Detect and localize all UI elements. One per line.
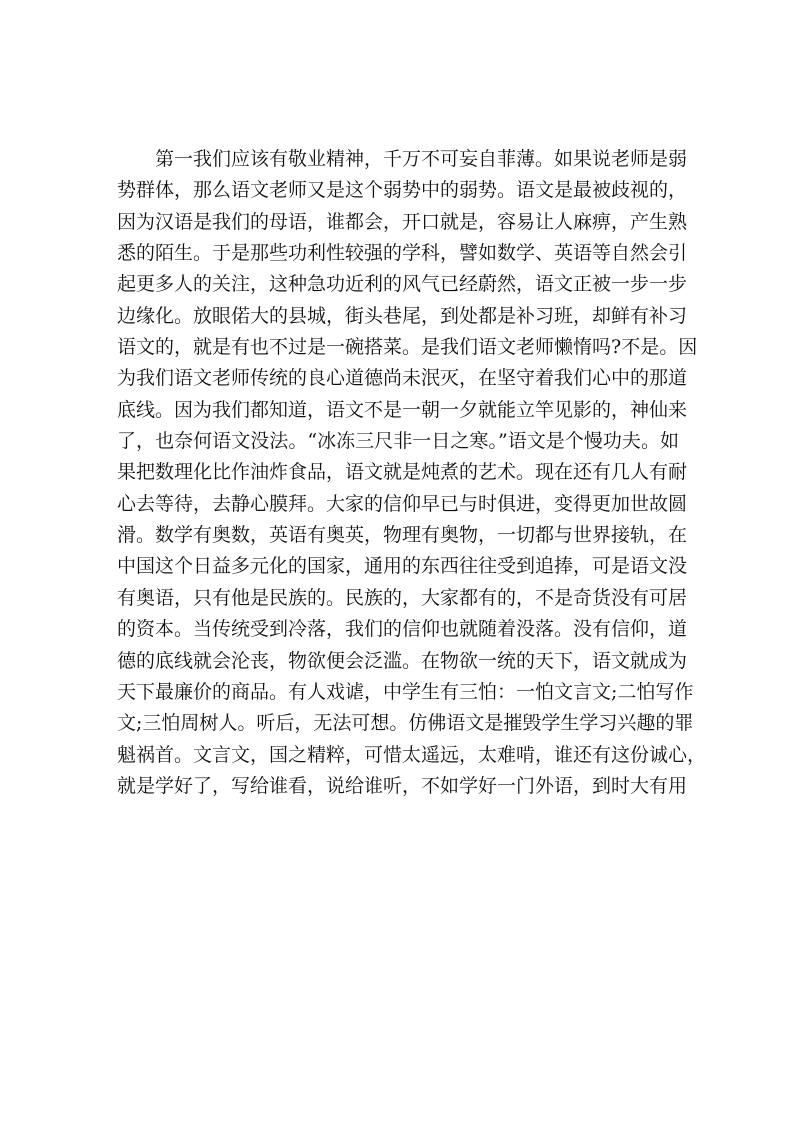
paragraph-line: 中国这个日益多元化的国家，通用的东西往往受到追捧，可是语文没 [117, 551, 679, 582]
paragraph-line: 文;三怕周树人。听后，无法可想。仿佛语文是摧毁学生学习兴趣的罪 [117, 708, 679, 739]
paragraph-line: 的资本。当传统受到冷落，我们的信仰也就随着没落。没有信仰，道 [117, 614, 679, 645]
document-page: 第一我们应该有敬业精神，千万不可妄自菲薄。如果说老师是弱 势群体，那么语文老师又… [117, 144, 679, 802]
paragraph-line: 底线。因为我们都知道，语文不是一朝一夕就能立竿见影的，神仙来 [117, 395, 679, 426]
paragraph-line: 果把数理化比作油炸食品，语文就是炖煮的艺术。现在还有几人有耐 [117, 457, 679, 488]
paragraph-line: 心去等待，去静心膜拜。大家的信仰早已与时俱进，变得更加世故圆 [117, 489, 679, 520]
paragraph-line: 了，也奈何语文没法。“冰冻三尺非一日之寒。”语文是个慢功夫。如 [117, 426, 679, 457]
paragraph-line: 语文的，就是有也不过是一碗搭菜。是我们语文老师懒惰吗?不是。因 [117, 332, 679, 363]
paragraph-line: 魁祸首。文言文，国之精粹，可惜太遥远，太难啃，谁还有这份诚心， [117, 740, 679, 771]
paragraph-line: 势群体，那么语文老师又是这个弱势中的弱势。语文是最被歧视的， [117, 175, 679, 206]
paragraph-line: 起更多人的关注，这种急功近利的风气已经蔚然，语文正被一步一步 [117, 269, 679, 300]
paragraph-line: 悉的陌生。于是那些功利性较强的学科，譬如数学、英语等自然会引 [117, 238, 679, 269]
paragraph-line: 有奥语，只有他是民族的。民族的，大家都有的，不是奇货没有可居 [117, 583, 679, 614]
paragraph-line: 德的底线就会沦丧，物欲便会泛滥。在物欲一统的天下，语文就成为 [117, 646, 679, 677]
paragraph-line: 为我们语文老师传统的良心道德尚未泯灭，在坚守着我们心中的那道 [117, 363, 679, 394]
paragraph-line: 天下最廉价的商品。有人戏谑，中学生有三怕：一怕文言文;二怕写作 [117, 677, 679, 708]
paragraph-line: 就是学好了，写给谁看，说给谁听，不如学好一门外语，到时大有用 [117, 771, 679, 802]
paragraph-line: 第一我们应该有敬业精神，千万不可妄自菲薄。如果说老师是弱 [117, 144, 679, 175]
paragraph-line: 边缘化。放眼偌大的县城，街头巷尾，到处都是补习班，却鲜有补习 [117, 301, 679, 332]
paragraph-line: 因为汉语是我们的母语，谁都会，开口就是，容易让人麻痹，产生熟 [117, 207, 679, 238]
paragraph-line: 滑。数学有奥数，英语有奥英，物理有奥物，一切都与世界接轨，在 [117, 520, 679, 551]
